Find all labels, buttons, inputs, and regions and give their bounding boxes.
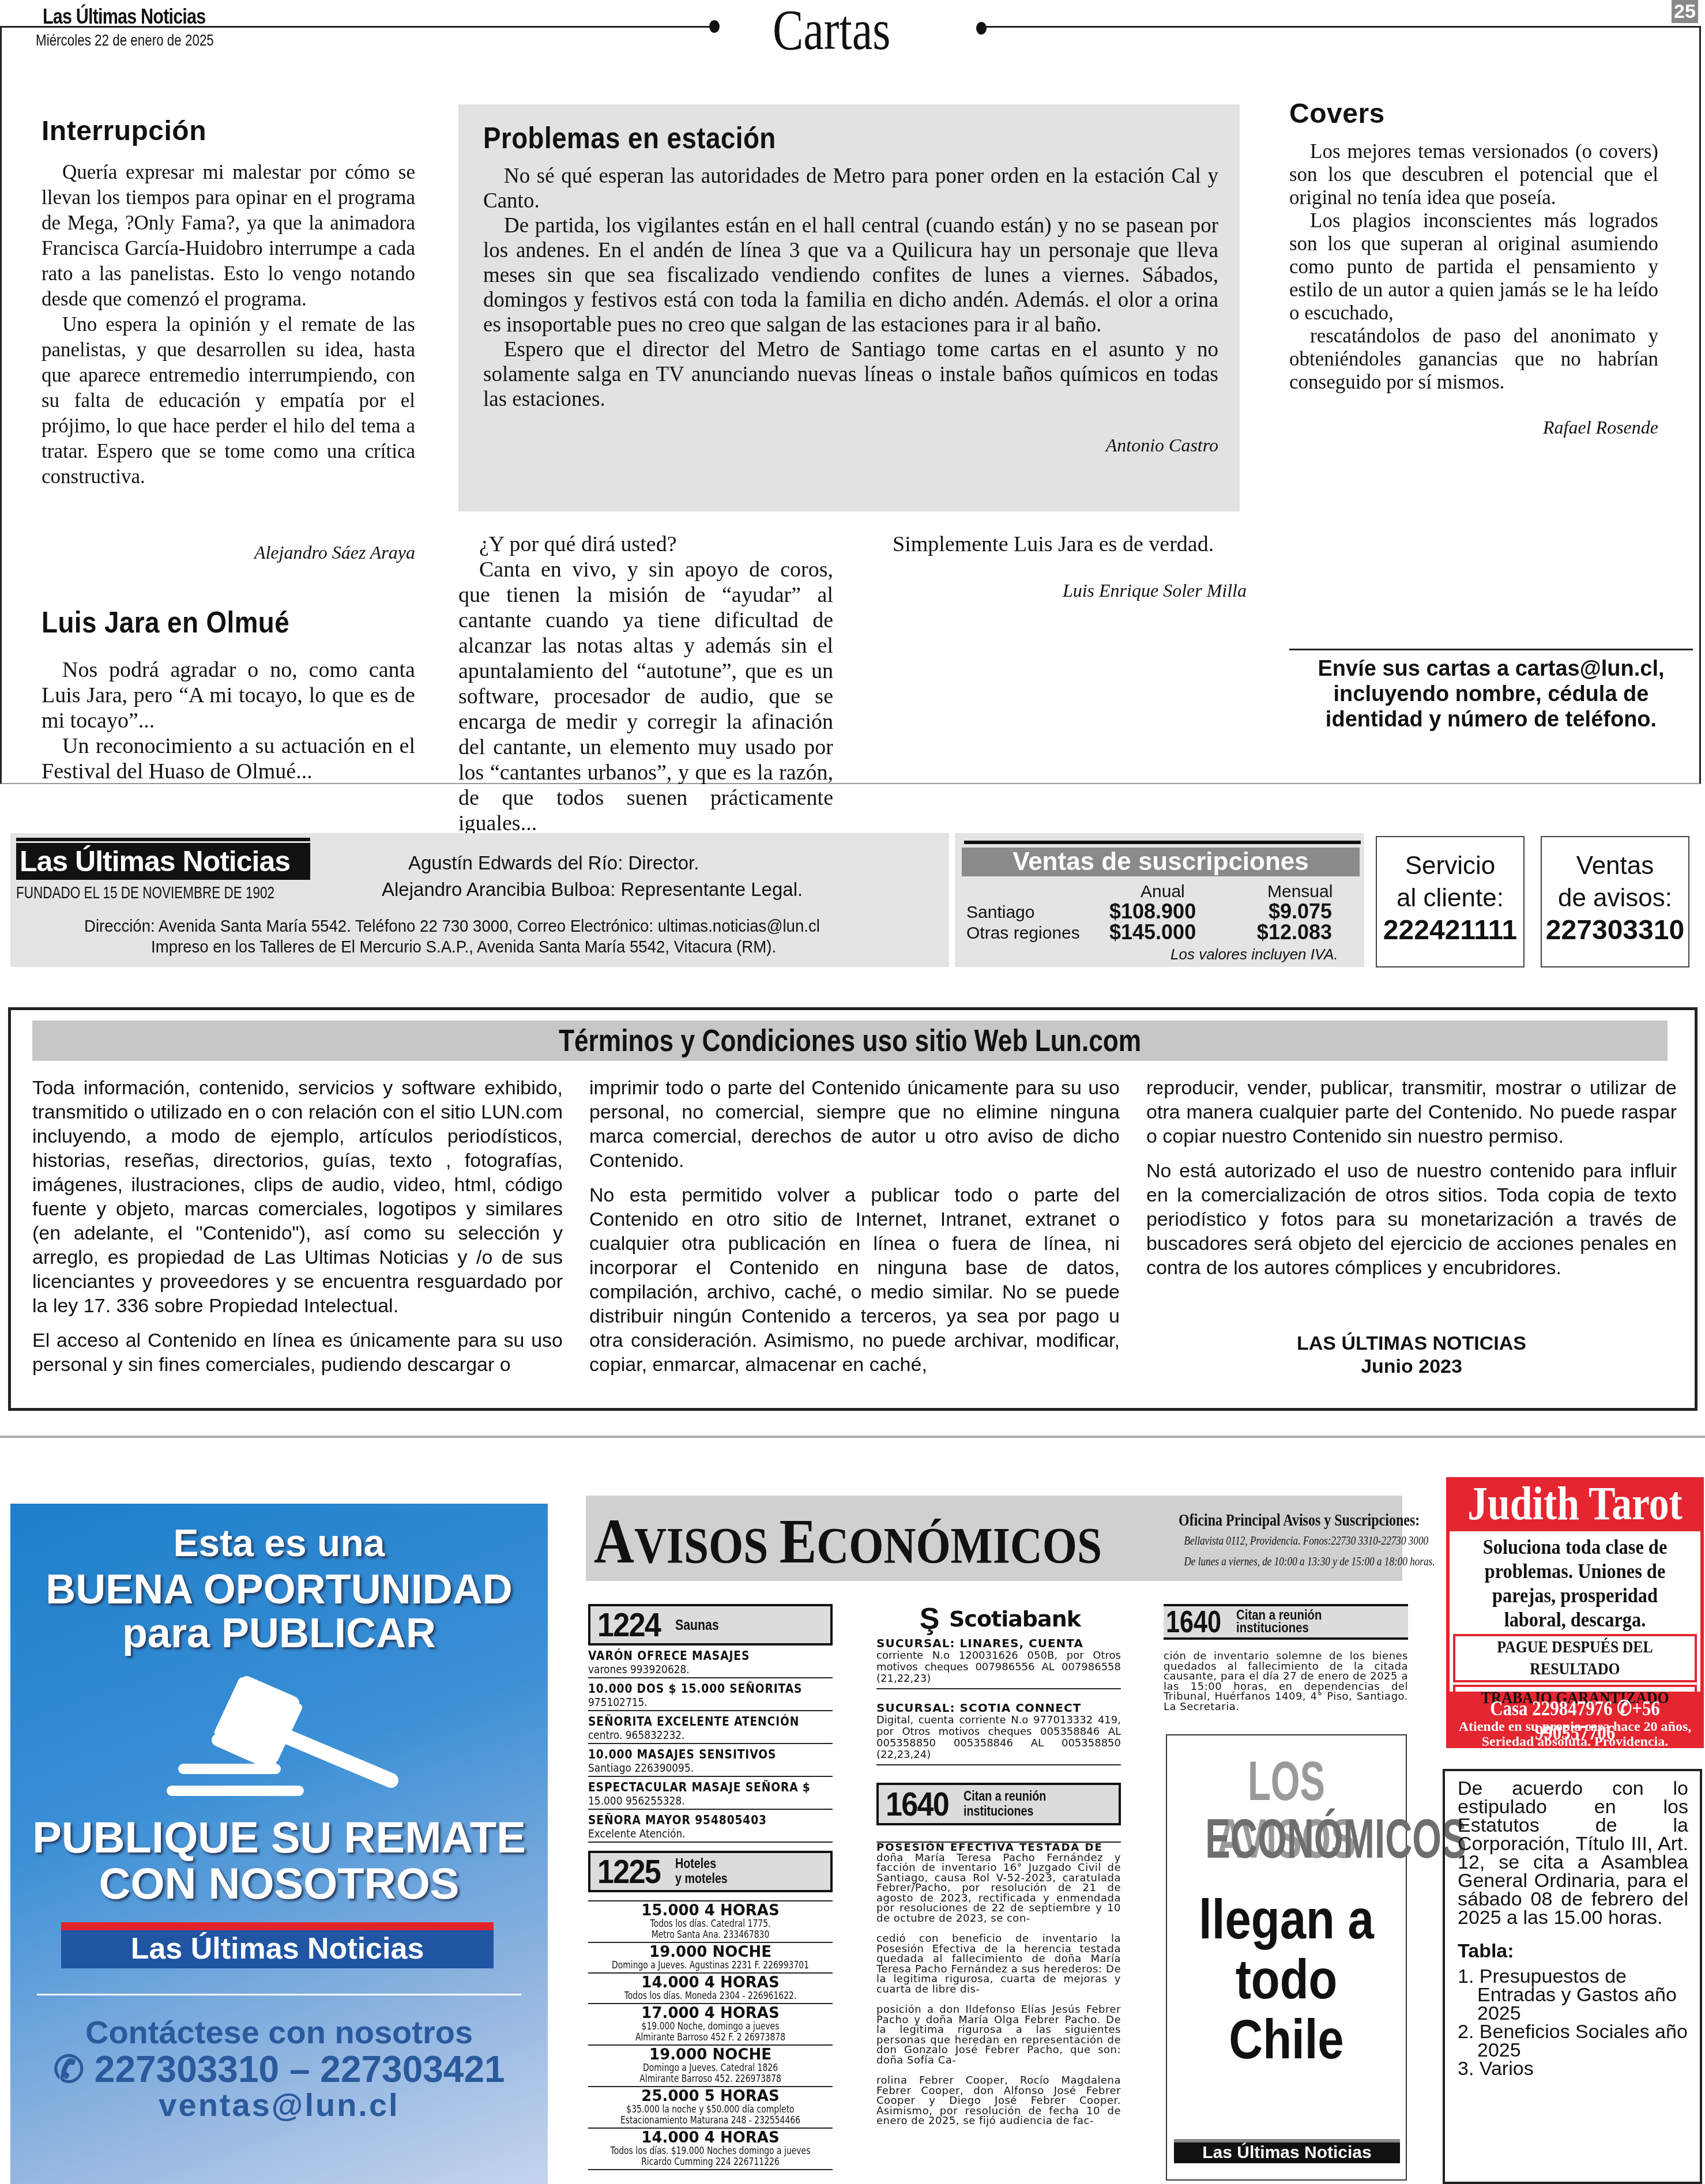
ad-footer: Atiende en su propia casa hace 20 años,S… <box>1446 1719 1704 1749</box>
classifieds-office-info: Oficina Principal Avisos y Suscripciones… <box>1124 1511 1395 1572</box>
letter-interrupcion: Interrupción Quería expresar mi malestar… <box>42 115 415 489</box>
letter-body: No sé qué esperan las autoridades de Met… <box>483 164 1218 412</box>
divider <box>37 1994 521 1995</box>
letter-body: Nos podrá agradar o no, como canta Luis … <box>42 657 415 784</box>
agenda-item: 2. Beneficios Sociales año 2025 <box>1458 2023 1688 2059</box>
publication-name: Las Últimas Noticias <box>43 5 205 29</box>
letter-signature: Alejandro Sáez Araya <box>173 542 415 563</box>
ad-headline: PUBLIQUE SU REMATECON NOSOTROS <box>10 1815 548 1907</box>
classified-ad: 25.000 5 HORAS$35.000 la noche y $50.000… <box>588 2087 833 2129</box>
region-label: Otras regiones <box>966 924 1080 943</box>
paragraph: Canta en vivo, y sin apoyo de coros, que… <box>458 557 833 836</box>
agenda-item: 1. Presupuestos de Entradas y Gastos año… <box>1458 1967 1688 2023</box>
letter-title: Covers <box>1289 98 1658 130</box>
paragraph: No está autorizado el uso de nuestro con… <box>1146 1159 1677 1280</box>
category-header-1640: 1640 Citan a reunióninstituciones <box>876 1783 1121 1825</box>
letter-luis-jara: Luis Jara en Olmué Nos podrá agradar o n… <box>42 605 415 784</box>
vat-note: Los valores incluyen IVA. <box>1170 946 1338 963</box>
paragraph: reproducir, vender, publicar, transmitir… <box>1146 1076 1677 1149</box>
submit-letters-notice: Envíe sus cartas a cartas@lun.cl, incluy… <box>1289 656 1693 732</box>
ad-sales-box: Ventas de avisos: 227303310 <box>1541 836 1689 967</box>
scotiabank-logo: Ş Scotiabank <box>876 1604 1121 1634</box>
header-bullet <box>976 22 987 35</box>
terms-column-3: reproducir, vender, publicar, transmitir… <box>1146 1076 1677 1290</box>
classified-ad: SUCURSAL: LINARES, CUENTAcorriente N.o 1… <box>876 1634 1121 1689</box>
issue-date: Miércoles 22 de enero de 2025 <box>36 31 214 50</box>
paragraph: De partida, los vigilantes están en el h… <box>483 213 1218 337</box>
letter-title: Interrupción <box>42 115 415 147</box>
column-header-mensual: Mensual <box>1267 882 1333 902</box>
paragraph: Espero que el director del Metro de Sant… <box>483 337 1218 412</box>
paragraph: No sé qué esperan las autoridades de Met… <box>483 164 1218 213</box>
divider <box>1289 649 1693 650</box>
publication-logo: Las Últimas Noticias <box>1174 2139 1400 2163</box>
ad-line: Esta es una <box>10 1521 548 1565</box>
classified-ad: 10.000 DOS $ 15.000 SEÑORITAS975102715. <box>588 1678 833 1711</box>
label: al cliente: <box>1377 882 1523 914</box>
paragraph: Simplemente Luis Jara es de verdad. <box>872 532 1247 557</box>
paragraph: No esta permitido volver a publicar todo… <box>589 1183 1120 1377</box>
promo-line: ECONÓMICOS <box>1205 1810 1368 1868</box>
contact-email[interactable]: ventas@lun.cl <box>10 2086 548 2123</box>
paragraph: Uno espera la opinión y el remate de las… <box>42 312 415 489</box>
classified-ad: 14.000 4 HORASTodos los días. $19.000 No… <box>588 2129 833 2170</box>
contact-phones[interactable]: ✆ 227303310 – 227303421 <box>10 2048 548 2091</box>
assembly-notice: De acuerdo con lo estipulado en los Esta… <box>1443 1769 1702 2184</box>
gavel-icon <box>166 1659 408 1803</box>
letter-title: Luis Jara en Olmué <box>42 605 370 640</box>
classified-ad: 19.000 NOCHEDomingo a Jueves. Agustinas … <box>588 1943 833 1974</box>
header-bullet <box>709 20 720 33</box>
paragraph: Un reconocimiento a su actuación en el F… <box>42 733 415 784</box>
ad-title: Judith Tarot <box>1466 1477 1685 1530</box>
terms-column-1: Toda información, contenido, servicios y… <box>32 1076 563 1387</box>
address: Dirección: Avenida Santa María 5542. Tel… <box>84 917 820 936</box>
legal-notice: POSESIÓN EFECTIVA TESTADA DE doña María … <box>876 1843 1121 2126</box>
ad-body: Soluciona toda clase de problemas. Union… <box>1450 1531 1700 1692</box>
terms-signature: LAS ÚLTIMAS NOTICIAS Junio 2023 <box>1146 1332 1677 1378</box>
publication-logo: Las Últimas Noticias <box>16 843 310 880</box>
phone-icon: ✆ <box>53 2049 94 2090</box>
ad-badge: PAGUE DESPUÉS DEL RESULTADO <box>1453 1634 1697 1682</box>
phone-number[interactable]: 227303310 <box>1542 914 1688 946</box>
letter-signature: Rafael Rosende <box>1289 417 1658 438</box>
classified-ad: ESPECTACULAR MASAJE SEÑORA $15.000 95625… <box>588 1777 833 1810</box>
classifieds-column-1: 1224 Saunas VARÓN OFRECE MASAJESvarones … <box>588 1604 833 2170</box>
legal-notice: ción de inventario solemne de los bienes… <box>1164 1651 1408 1712</box>
category-header-1640: 1640 Citan a reunióninstituciones <box>1164 1604 1408 1640</box>
ad-line: para PUBLICAR <box>10 1610 548 1657</box>
terms-column-2: imprimir todo o parte del Contenido únic… <box>589 1076 1120 1387</box>
notice-body: De acuerdo con lo estipulado en los Esta… <box>1458 1779 1688 1927</box>
paragraph: Los mejores temas versionados (o covers)… <box>1289 140 1658 209</box>
classified-ad: SUCURSAL: SCOTIA CONNECTDigital, cuenta … <box>876 1699 1121 1765</box>
phone-number[interactable]: 222421111 <box>1377 914 1523 946</box>
paragraph: Quería expresar mi malestar por cómo se … <box>42 160 415 312</box>
label: de avisos: <box>1542 882 1688 914</box>
contact-heading: Contáctese con nosotros <box>10 2013 548 2051</box>
classifieds-promo: LOS AVISOS ECONÓMICOS llegan a todo Chil… <box>1166 1734 1407 2181</box>
paragraph: ¿Y por qué dirá usted? <box>458 532 833 557</box>
paragraph: imprimir todo o parte del Contenido únic… <box>589 1076 1120 1173</box>
header-rule <box>983 26 1700 28</box>
subscriptions-title: Ventas de suscripciones <box>962 848 1360 876</box>
agenda-label: Tabla: <box>1458 1942 1688 1960</box>
classified-ad: 10.000 MASAJES SENSITIVOSSantiago 226390… <box>588 1744 833 1777</box>
agenda-item: 3. Varios <box>1458 2059 1688 2078</box>
auction-ad: Esta es una BUENA OPORTUNIDAD para PUBLI… <box>10 1504 548 2184</box>
classified-ad: 15.000 4 HORASTodos los días. Catedral 1… <box>588 1901 833 1943</box>
column-header-anual: Anual <box>1141 882 1185 902</box>
letter-signature: Antonio Castro <box>483 435 1218 456</box>
classifieds-title: AVISOS ECONÓMICOS <box>594 1505 1102 1578</box>
classified-ad: 14.000 4 HORASTodos los días. Moneda 230… <box>588 1974 833 2004</box>
classified-ad: 17.000 4 HORAS$19.000 Noche, domingo a j… <box>588 2004 833 2046</box>
letter-body: Los mejores temas versionados (o covers)… <box>1289 140 1658 394</box>
founded-date: FUNDADO EL 15 DE NOVIEMBRE DE 1902 <box>16 883 274 903</box>
printing-info: Impreso en los Talleres de El Mercurio S… <box>151 937 776 957</box>
classified-ad: SEÑORA MAYOR 954805403Excelente Atención… <box>588 1810 833 1843</box>
classifieds-column-3: 1640 Citan a reunióninstituciones ción d… <box>1164 1604 1408 1712</box>
logo-rule <box>16 838 310 841</box>
page-number: 25 <box>1672 0 1698 23</box>
letter-problemas-en-estacion: Problemas en estación No sé qué esperan … <box>483 121 1218 456</box>
category-header-1224: 1224 Saunas <box>588 1604 833 1645</box>
scotiabank-icon: Ş <box>917 1604 942 1634</box>
letter-luis-jara-end: Simplemente Luis Jara es de verdad. Luis… <box>872 532 1247 601</box>
director: Agustín Edwards del Río: Director. <box>408 852 699 874</box>
classifieds-column-2: Ş Scotiabank SUCURSAL: LINARES, CUENTAco… <box>876 1604 1121 2126</box>
label: Servicio <box>1377 850 1523 882</box>
paragraph: rescatándolos de paso del anonimato y ob… <box>1289 325 1658 394</box>
category-header-1225: 1225 Hotelesy moteles <box>588 1851 833 1892</box>
tarot-ad: Judith Tarot Soluciona toda clase de pro… <box>1446 1477 1704 1748</box>
section-divider <box>0 1436 1705 1438</box>
letter-signature: Luis Enrique Soler Milla <box>872 580 1247 601</box>
agenda-list: 1. Presupuestos de Entradas y Gastos año… <box>1458 1967 1688 2078</box>
classified-ad: 19.000 NOCHEDomingo a Jueves. Catedral 1… <box>588 2046 833 2087</box>
legal-representative: Alejandro Arancibia Bulboa: Representant… <box>382 879 803 901</box>
publication-logo: Las Últimas Noticias <box>61 1922 494 1968</box>
header-rule <box>0 26 713 28</box>
paragraph: Nos podrá agradar o no, como canta Luis … <box>42 657 415 733</box>
customer-service-box: Servicio al cliente: 222421111 <box>1376 836 1525 967</box>
letter-covers: Covers Los mejores temas versionados (o … <box>1289 98 1658 438</box>
letter-title: Problemas en estación <box>483 121 1130 156</box>
classified-ad: SEÑORITA EXCELENTE ATENCIÓNcentro. 96583… <box>588 1711 833 1744</box>
terms-title: Términos y Condiciones uso sitio Web Lun… <box>32 1021 1668 1061</box>
price-mensual: $12.083 <box>1245 920 1332 944</box>
ad-line: BUENA OPORTUNIDAD <box>10 1566 548 1613</box>
price-anual: $145.000 <box>1109 920 1196 944</box>
paragraph: El acceso al Contenido en línea es única… <box>32 1328 563 1377</box>
paragraph: Los plagios inconscientes más logrados s… <box>1289 209 1658 325</box>
label: Ventas <box>1542 850 1688 882</box>
subscriptions-rule <box>964 841 1361 844</box>
paragraph: Toda información, contenido, servicios y… <box>32 1076 563 1318</box>
promo-headline: llegan a todo Chile <box>1185 1890 1388 2070</box>
letter-body: Quería expresar mi malestar por cómo se … <box>42 160 415 489</box>
region-label: Santiago <box>966 903 1034 922</box>
section-title: Cartas <box>773 0 890 63</box>
letter-luis-jara-continued: ¿Y por qué dirá usted? Canta en vivo, y … <box>458 532 833 836</box>
classified-ad: VARÓN OFRECE MASAJESvarones 993920628. <box>588 1645 833 1678</box>
